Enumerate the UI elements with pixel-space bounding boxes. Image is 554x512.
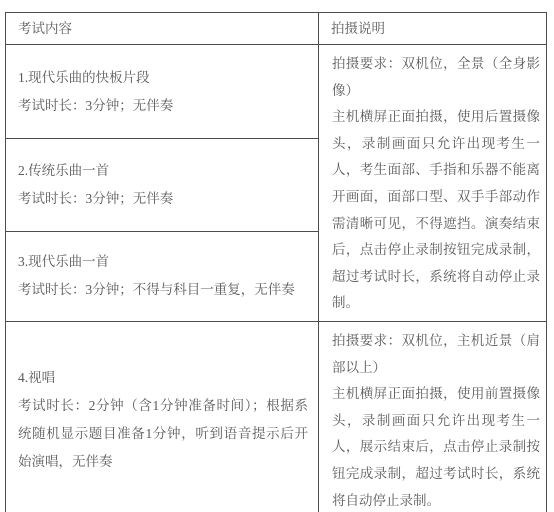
exam-item-1-cell: 1.现代乐曲的快板片段 考试时长：3分钟；无伴奏 [6, 45, 319, 139]
header-filming-instructions: 拍摄说明 [319, 13, 547, 45]
table-header-row: 考试内容 拍摄说明 [6, 13, 547, 45]
exam-item-3-cell: 3.现代乐曲一首 考试时长：3分钟；不得与科目一重复，无伴奏 [6, 231, 319, 321]
table-row: 1.现代乐曲的快板片段 考试时长：3分钟；无伴奏 拍摄要求：双机位，全景（全身影… [6, 45, 547, 139]
table-row: 4.视唱 考试时长：2分钟（含1分钟准备时间）；根据系统随机显示题目准备1分钟，… [6, 321, 547, 512]
exam-item-1-duration: 考试时长：3分钟；无伴奏 [18, 92, 308, 120]
exam-item-3-duration: 考试时长：3分钟；不得与科目一重复，无伴奏 [18, 276, 308, 304]
exam-item-2-cell: 2.传统乐曲一首 考试时长：3分钟；无伴奏 [6, 139, 319, 231]
filming-note-sightsinging-description: 主机横屏正面拍摄，使用前置摄像头，录制画面只允许出现考生一人，展示结束后，点击停… [332, 381, 540, 512]
exam-item-4-cell: 4.视唱 考试时长：2分钟（含1分钟准备时间）；根据系统随机显示题目准备1分钟，… [6, 321, 319, 512]
filming-note-performance-requirement: 拍摄要求：双机位，全景（全身影像） [332, 51, 540, 104]
exam-item-2-title: 2.传统乐曲一首 [18, 157, 308, 185]
header-exam-content: 考试内容 [6, 13, 319, 45]
page: 考试内容 拍摄说明 1.现代乐曲的快板片段 考试时长：3分钟；无伴奏 拍摄要求：… [0, 0, 554, 512]
exam-item-1-title: 1.现代乐曲的快板片段 [18, 64, 308, 92]
exam-item-3-title: 3.现代乐曲一首 [18, 248, 308, 276]
filming-note-sightsinging-requirement: 拍摄要求：双机位，主机近景（肩部以上） [332, 328, 540, 381]
exam-item-2-duration: 考试时长：3分钟；无伴奏 [18, 185, 308, 213]
exam-item-4-title: 4.视唱 [18, 364, 308, 392]
exam-filming-table: 考试内容 拍摄说明 1.现代乐曲的快板片段 考试时长：3分钟；无伴奏 拍摄要求：… [5, 12, 547, 512]
filming-note-performance-description: 主机横屏正面拍摄，使用后置摄像头，录制画面只允许出现考生一人，考生面部、手指和乐… [332, 104, 540, 317]
exam-item-4-duration: 考试时长：2分钟（含1分钟准备时间）；根据系统随机显示题目准备1分钟，听到语音提… [18, 392, 308, 476]
filming-note-sightsinging-cell: 拍摄要求：双机位，主机近景（肩部以上） 主机横屏正面拍摄，使用前置摄像头，录制画… [319, 321, 547, 512]
filming-note-performance-cell: 拍摄要求：双机位，全景（全身影像） 主机横屏正面拍摄，使用后置摄像头，录制画面只… [319, 45, 547, 322]
